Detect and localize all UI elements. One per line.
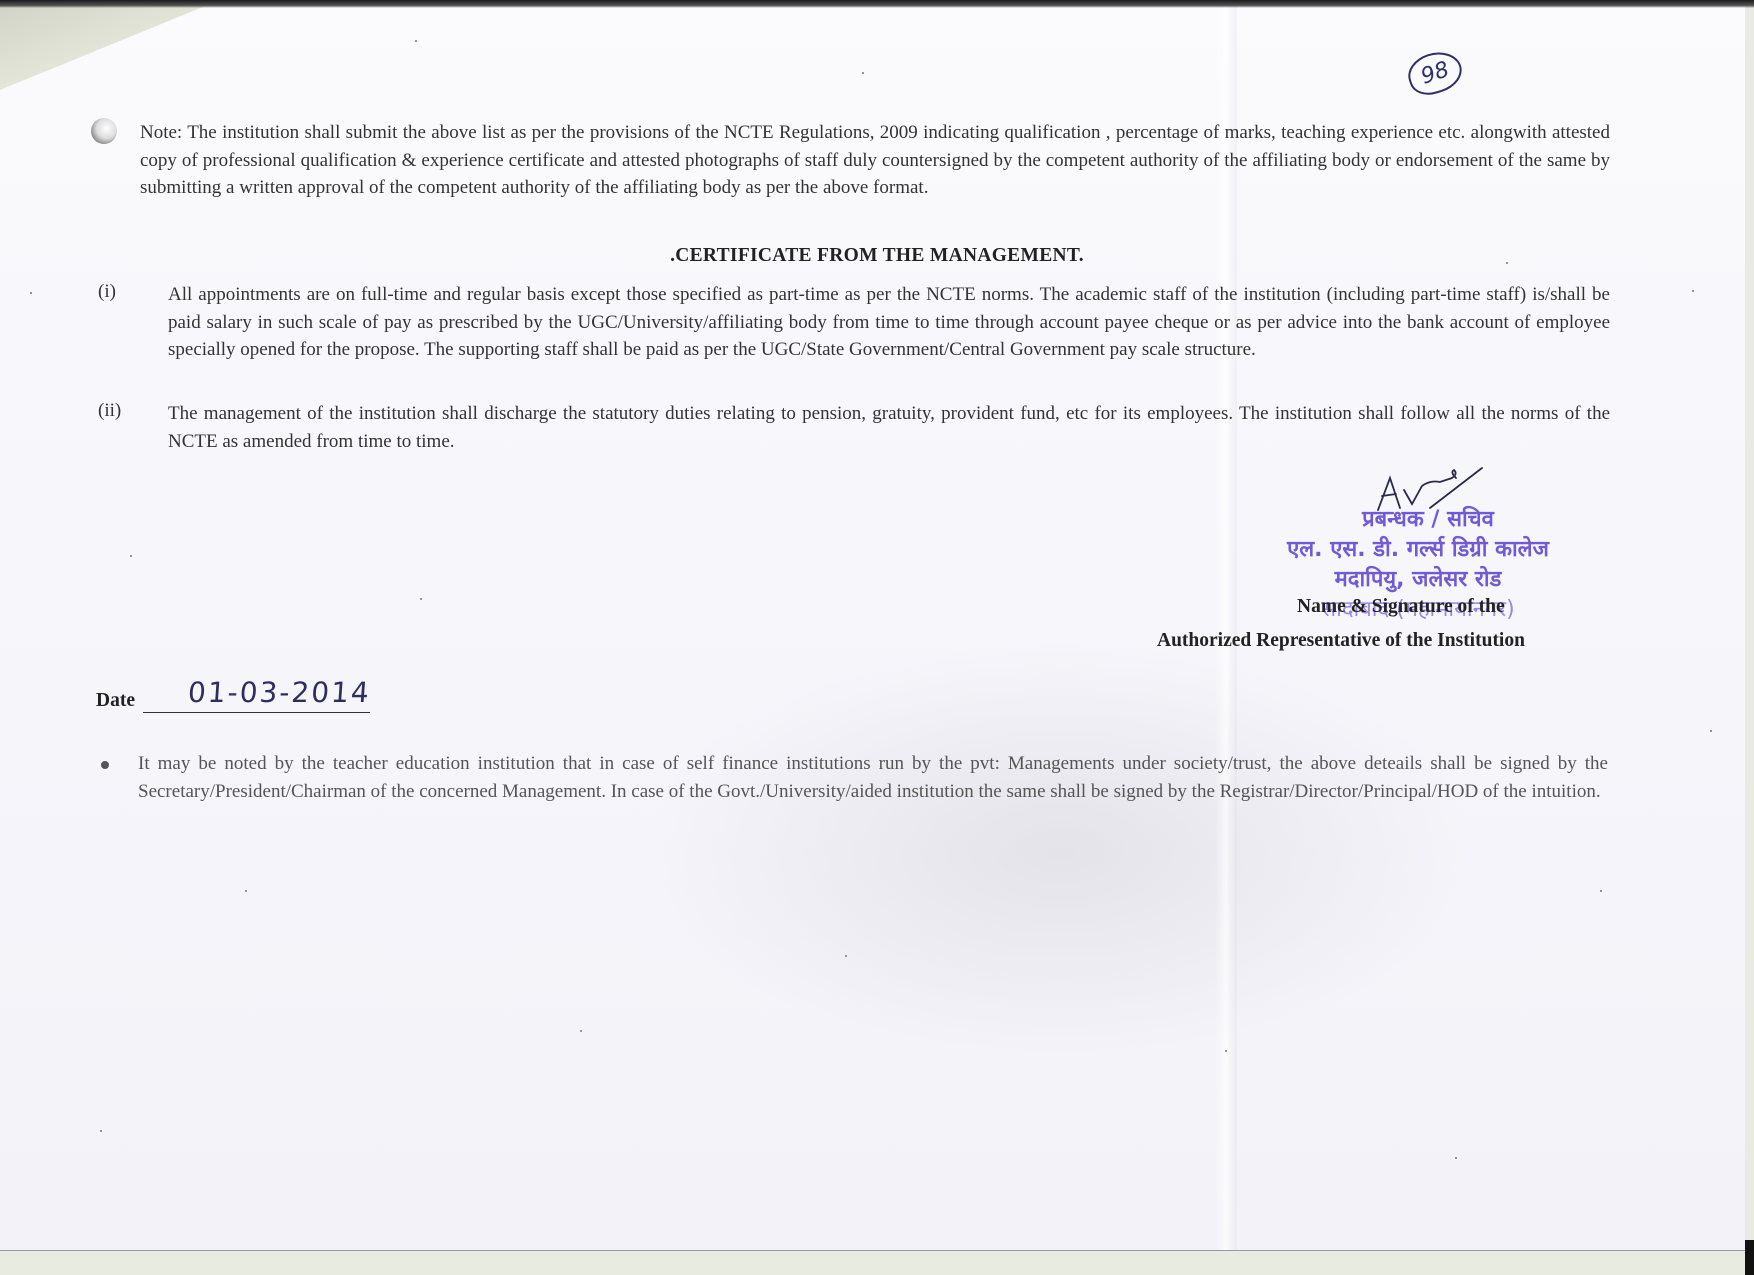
scan-speck — [130, 555, 132, 557]
scanned-page: 98 Note: The institution shall submit th… — [0, 0, 1745, 1250]
scan-speck — [1692, 290, 1694, 292]
item-text: All appointments are on full-time and re… — [168, 281, 1610, 364]
handwritten-date: 01-03-2014 — [187, 676, 372, 709]
signature-label: Name & Signature of the — [1297, 596, 1505, 618]
scan-speck — [420, 598, 422, 600]
scan-speck — [245, 890, 247, 892]
item-text: The management of the institution shall … — [168, 400, 1610, 455]
item-number: (i) — [98, 281, 116, 303]
scan-speck — [1225, 1050, 1227, 1052]
stamp-line: प्रबन्धक / सचिव — [1288, 505, 1568, 535]
footnote-paragraph: It may be noted by the teacher education… — [138, 750, 1608, 805]
note-paragraph: Note: The institution shall submit the a… — [140, 119, 1610, 202]
scan-speck — [1710, 730, 1712, 732]
signature-label: Authorized Representative of the Institu… — [1157, 630, 1525, 652]
stamp-line: एल. एस. डी. गर्ल्स डिग्री कालेज — [1268, 535, 1568, 565]
scan-speck — [415, 40, 417, 42]
punch-hole-icon — [91, 118, 117, 144]
bullet-icon — [101, 761, 109, 769]
scanner-edge-bottom — [0, 1250, 1754, 1275]
certificate-heading: .CERTIFICATE FROM THE MANAGEMENT. — [0, 245, 1754, 267]
scan-speck — [1600, 890, 1602, 892]
date-label: Date — [96, 690, 135, 712]
item-number: (ii) — [98, 400, 121, 422]
reverse-side-show-through — [640, 640, 1480, 1060]
date-underline — [143, 712, 370, 713]
scan-speck — [845, 955, 847, 957]
scan-speck — [100, 1130, 102, 1132]
circled-page-number: 98 — [1403, 46, 1467, 101]
scan-speck — [30, 292, 32, 294]
stamp-line: मदापियु, जलेसर रोड — [1268, 565, 1568, 595]
scanner-edge-right — [1745, 1240, 1754, 1275]
scan-speck — [1506, 262, 1508, 264]
scan-speck — [862, 72, 864, 74]
scanner-edge-top — [0, 0, 1754, 8]
scan-speck — [580, 1030, 582, 1032]
scan-speck — [1455, 1157, 1457, 1159]
